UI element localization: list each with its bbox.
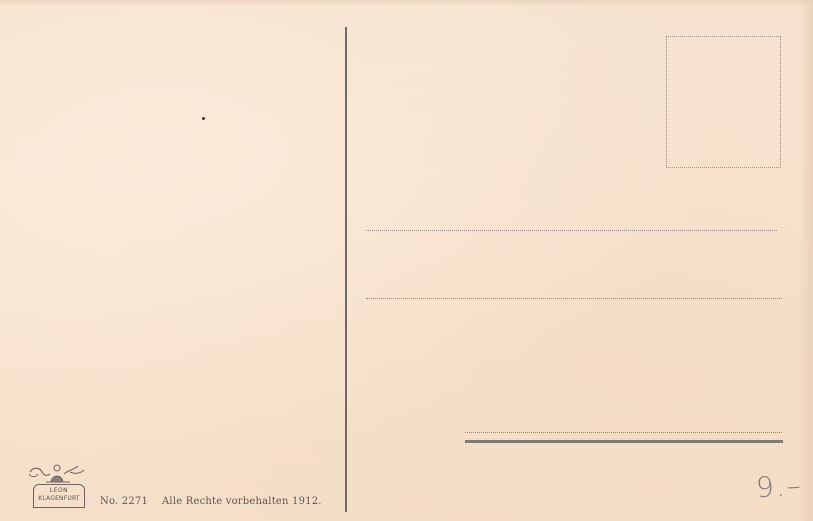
card-number: No. 2271 [100, 496, 148, 507]
ink-speck [202, 117, 205, 120]
ornament-icon [26, 462, 88, 486]
address-line-2 [366, 298, 782, 299]
handwritten-price: 9.– [755, 469, 803, 504]
publisher-city: KLAGENFURT [34, 496, 84, 502]
postcard-back: LEON KLAGENFURT No. 2271Alle Rechte vorb… [0, 0, 813, 521]
address-line-1 [366, 230, 777, 231]
stamp-placeholder-box [666, 36, 781, 168]
address-line-3-underline [465, 440, 783, 443]
publisher-logo: LEON KLAGENFURT [26, 462, 88, 510]
paper-edge-shade-right [799, 0, 813, 521]
imprint-text: No. 2271Alle Rechte vorbehalten 1912. [100, 496, 322, 507]
address-line-3 [465, 432, 782, 433]
publisher-logo-label: LEON KLAGENFURT [33, 484, 85, 508]
rights-notice: Alle Rechte vorbehalten 1912. [162, 496, 322, 507]
paper-edge-shade-top [0, 0, 813, 6]
publisher-name: LEON [34, 488, 84, 494]
center-divider-line [345, 27, 347, 512]
